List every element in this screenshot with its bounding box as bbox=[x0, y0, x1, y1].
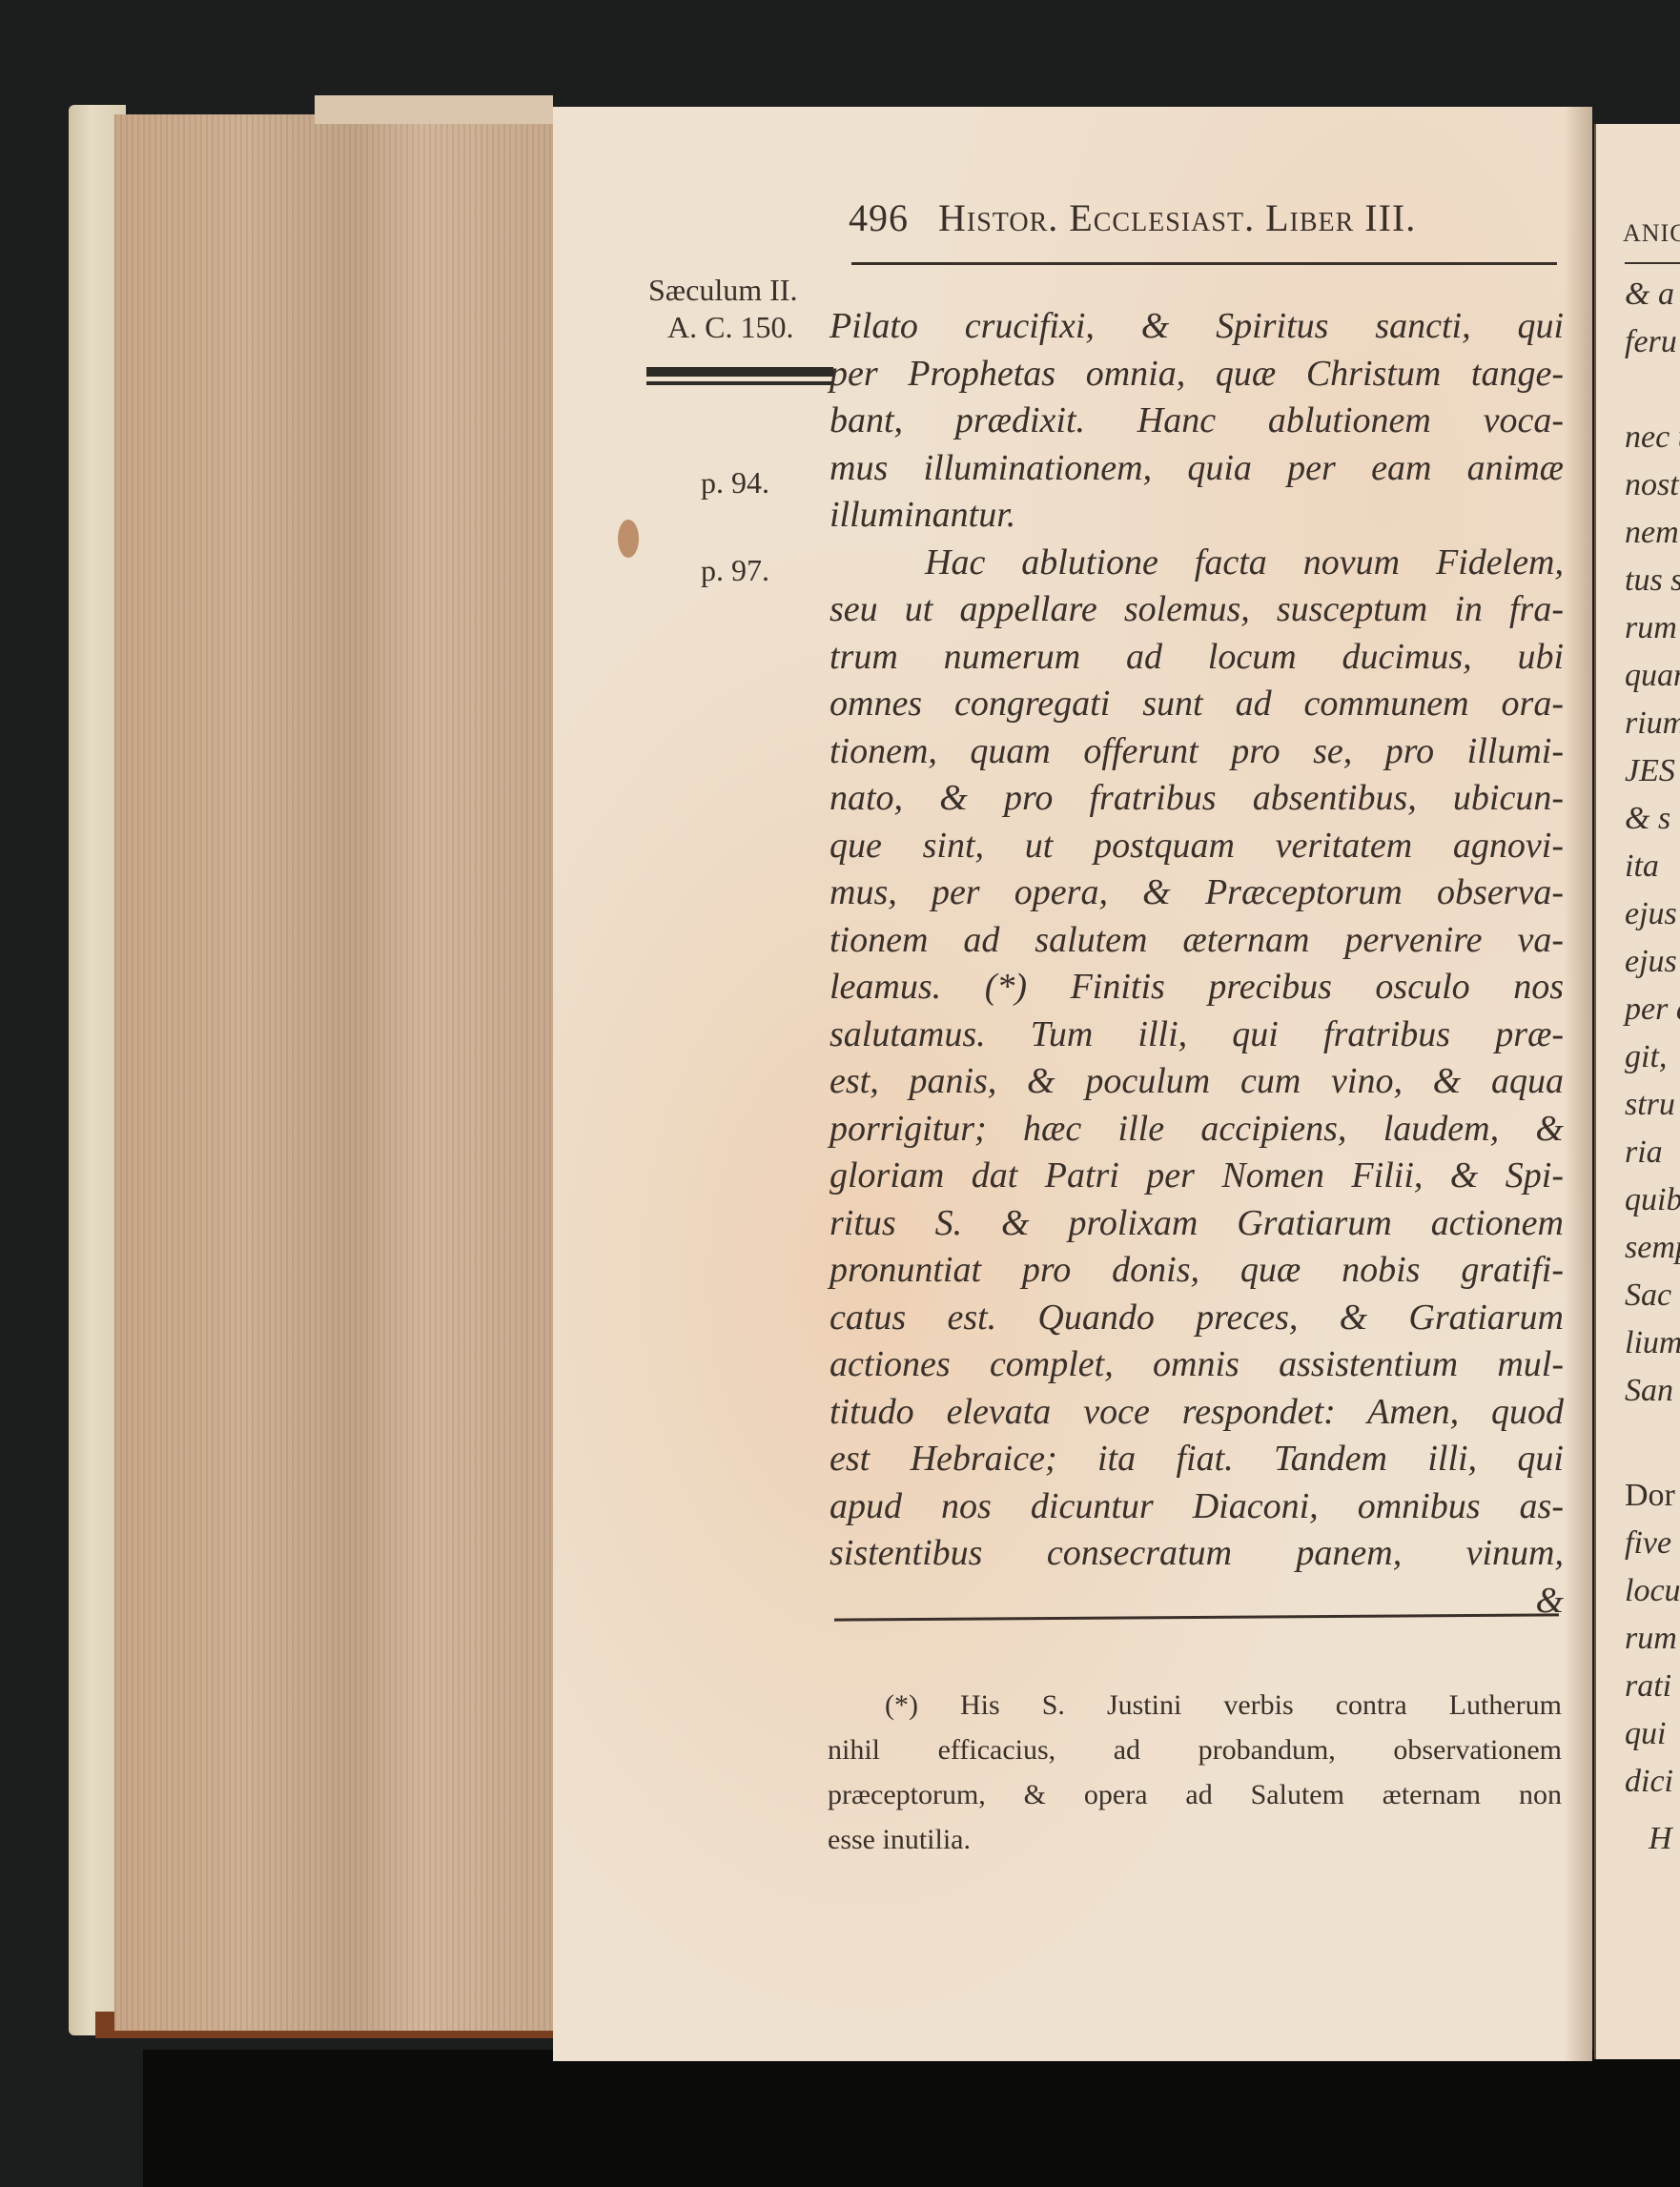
paragraph-start-line: Hac ablutione facta novum Fidelem, bbox=[830, 540, 1564, 587]
paper-stain bbox=[618, 520, 639, 558]
text-line: tionem, quam offerunt pro se, pro illumi… bbox=[830, 728, 1564, 776]
margin-note-ref-p94: p. 94. bbox=[701, 465, 769, 501]
next-page-line: tus s bbox=[1625, 562, 1680, 599]
next-page-line: ria bbox=[1625, 1134, 1663, 1171]
book-page-right-partial: ANIC & a feru nec u nostr nem tus s rum … bbox=[1594, 124, 1680, 2059]
next-page-line: qui bbox=[1625, 1716, 1666, 1752]
next-page-line: git, bbox=[1625, 1039, 1667, 1075]
next-page-line: locu bbox=[1625, 1573, 1680, 1609]
page-number: 496 bbox=[849, 196, 909, 239]
next-page-line: dici bbox=[1625, 1764, 1673, 1800]
text-line: est, panis, & poculum cum vino, & aqua bbox=[830, 1058, 1564, 1106]
margin-double-rule bbox=[646, 367, 833, 385]
text-line: est Hebraice; ita fiat. Tandem illi, qui bbox=[830, 1436, 1564, 1483]
gutter-shadow bbox=[1564, 107, 1592, 2061]
text-line: salutamus. Tum illi, qui fratribus præ- bbox=[830, 1012, 1564, 1059]
next-page-line: Sac bbox=[1625, 1277, 1671, 1314]
next-page-line: H bbox=[1649, 1821, 1672, 1857]
next-page-line: five bbox=[1625, 1525, 1671, 1562]
next-page-line: semp bbox=[1625, 1230, 1680, 1266]
text-line: ritus S. & prolixam Gratiarum actionem bbox=[830, 1200, 1564, 1248]
text-line: porrigitur; hæc ille accipiens, laudem, … bbox=[830, 1106, 1564, 1154]
next-page-line: rum bbox=[1625, 610, 1677, 646]
next-page-line: & s bbox=[1625, 801, 1670, 837]
next-page-line: quan bbox=[1625, 658, 1680, 694]
text-line: que sint, ut postquam veritatem agnovi- bbox=[830, 823, 1564, 870]
footnote-line: esse inutilia. bbox=[828, 1817, 1562, 1862]
next-page-line: ejus bbox=[1625, 896, 1677, 932]
next-page-line: nostr bbox=[1625, 467, 1680, 503]
text-line: nato, & pro fratribus absentibus, ubicun… bbox=[830, 775, 1564, 823]
text-line: omnes congregati sunt ad communem ora- bbox=[830, 681, 1564, 728]
text-line: gloriam dat Patri per Nomen Filii, & Spi… bbox=[830, 1153, 1564, 1200]
running-head: 496 Histor. Ecclesiast. Liber III. bbox=[849, 195, 1416, 240]
text-line: mus illuminationem, quia per eam animæ bbox=[830, 445, 1564, 493]
text-line: sistentibus consecratum panem, vinum, bbox=[830, 1530, 1564, 1578]
body-text: Pilato crucifixi, & Spiritus sancti, qui… bbox=[830, 303, 1564, 1625]
next-page-line: feru bbox=[1625, 324, 1677, 360]
next-page-line: per a bbox=[1625, 991, 1680, 1028]
next-page-line: quib bbox=[1625, 1182, 1680, 1218]
footnote-line: (*) His S. Justini verbis contra Lutheru… bbox=[828, 1683, 1562, 1727]
footnote-line: præceptorum, & opera ad Salutem æternam … bbox=[828, 1772, 1562, 1817]
text-line: illuminantur. bbox=[830, 492, 1564, 540]
next-page-line: Dor bbox=[1625, 1478, 1675, 1514]
text-line: Pilato crucifixi, & Spiritus sancti, qui bbox=[830, 303, 1564, 351]
text-line: per Prophetas omnia, quæ Christum tange- bbox=[830, 351, 1564, 399]
text-line: bant, prædixit. Hanc ablutionem voca- bbox=[830, 398, 1564, 445]
margin-note-year: A. C. 150. bbox=[667, 310, 793, 345]
next-page-header-rule bbox=[1625, 262, 1680, 264]
next-page-line: & a bbox=[1625, 276, 1674, 313]
page-block-fore-edge bbox=[114, 114, 553, 2031]
text-line: trum numerum ad locum ducimus, ubi bbox=[830, 634, 1564, 682]
next-page-line: rati bbox=[1625, 1668, 1671, 1705]
text-line: seu ut appellare solemus, susceptum in f… bbox=[830, 586, 1564, 634]
text-line: mus, per opera, & Præceptorum observa- bbox=[830, 869, 1564, 917]
next-page-line: ita bbox=[1625, 848, 1659, 885]
text-line: actiones complet, omnis assistentium mul… bbox=[830, 1341, 1564, 1389]
next-page-running-head: ANIC bbox=[1623, 219, 1680, 248]
next-page-line: rum bbox=[1625, 1621, 1677, 1657]
next-page-line: lium bbox=[1625, 1325, 1680, 1361]
next-page-line: JES bbox=[1625, 753, 1675, 789]
margin-note-era: Sæculum II. bbox=[648, 273, 797, 308]
text-line: leamus. (*) Finitis precibus osculo nos bbox=[830, 964, 1564, 1012]
next-page-line: San bbox=[1625, 1373, 1673, 1409]
text-line: tionem ad salutem æternam pervenire va- bbox=[830, 917, 1564, 965]
footnote-line: nihil efficacius, ad probandum, observat… bbox=[828, 1727, 1562, 1772]
header-rule bbox=[851, 262, 1557, 265]
text-line: pronuntiat pro donis, quæ nobis gratifi- bbox=[830, 1247, 1564, 1295]
footnote: (*) His S. Justini verbis contra Lutheru… bbox=[828, 1683, 1562, 1862]
background-shadow bbox=[143, 2050, 1680, 2187]
text-line: catus est. Quando preces, & Gratiarum bbox=[830, 1295, 1564, 1342]
next-page-line: nec u bbox=[1625, 419, 1680, 456]
next-page-line: rium bbox=[1625, 705, 1680, 742]
next-page-line: ejus bbox=[1625, 944, 1677, 980]
margin-note-ref-p97: p. 97. bbox=[701, 553, 769, 588]
next-page-line: stru bbox=[1625, 1087, 1675, 1123]
text-line: apud nos dicuntur Diaconi, omnibus as- bbox=[830, 1483, 1564, 1531]
page-block-step bbox=[315, 95, 553, 124]
running-head-title: Histor. Ecclesiast. Liber III. bbox=[938, 196, 1416, 239]
text-line: titudo elevata voce respondet: Amen, quo… bbox=[830, 1389, 1564, 1437]
next-page-line: nem bbox=[1625, 515, 1679, 551]
